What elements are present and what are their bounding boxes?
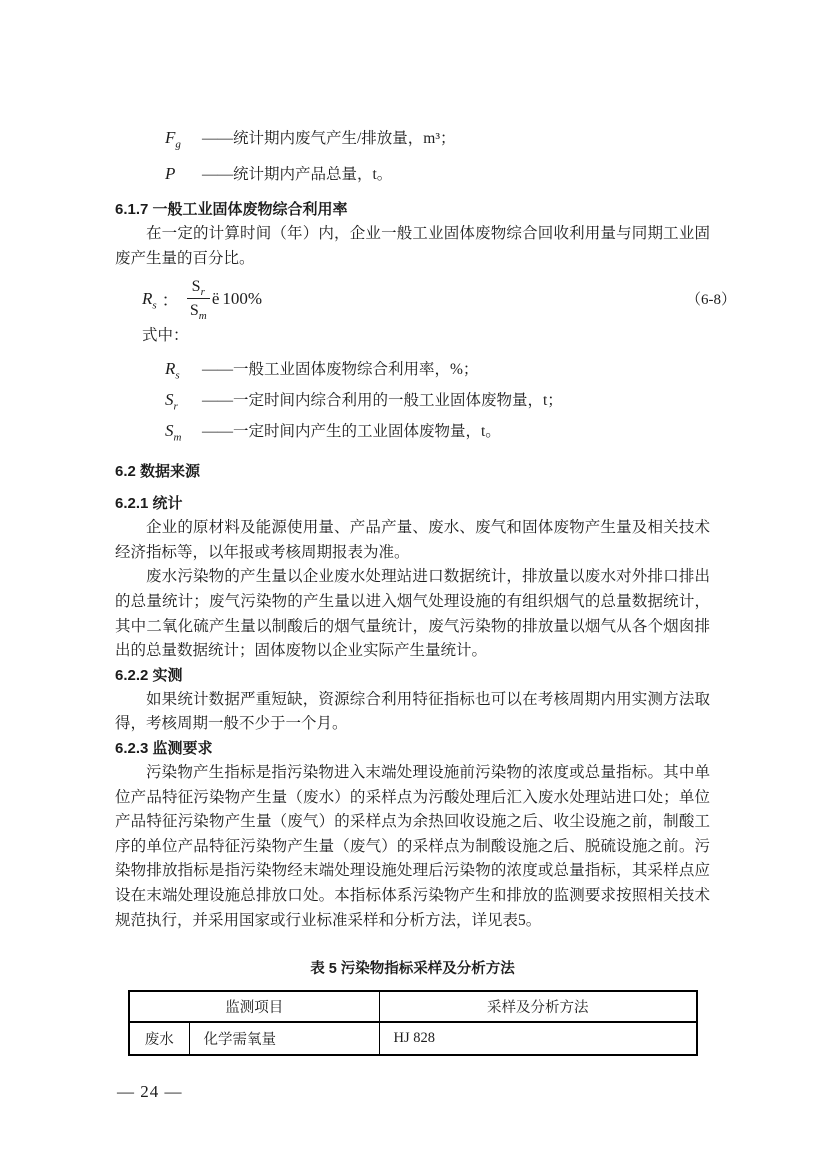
heading-6-2: 6.2 数据来源 [115, 460, 710, 484]
table-5-header-method: 采样及分析方法 [379, 991, 697, 1022]
heading-6-1-7: 6.1.7 一般工业固体废物综合利用率 [115, 198, 710, 222]
variable-definition-list-top: Fg——统计期内废气产生/排放量，m³； P——统计期内产品总量，t。 [115, 126, 710, 187]
variable-desc-p: ——统计期内产品总量，t。 [202, 166, 392, 183]
variable-definition-sr: Sr——一定时间内综合利用的一般工业固体废物量，t； [115, 388, 710, 413]
table-5-header-row: 监测项目 采样及分析方法 [129, 991, 697, 1022]
page-number: — 24 — [115, 1080, 710, 1104]
variable-symbol-rs: Rs [165, 357, 202, 381]
paragraph-6-2-3: 污染物产生指标是指污染物进入末端处理设施前污染物的浓度或总量指标。其中单位产品特… [115, 761, 710, 933]
variable-symbol-p: P [165, 162, 202, 186]
equation-lhs: Rs [142, 289, 157, 309]
equation-fraction: Sr Sm [187, 277, 210, 320]
equation-number: （6-8） [686, 288, 736, 309]
document-page: Fg——统计期内废气产生/排放量，m³； P——统计期内产品总量，t。 6.1.… [0, 0, 826, 1169]
variable-symbol-sm: Sm [165, 419, 202, 443]
variable-definition-rs: Rs——一般工业固体废物综合利用率，%； [115, 357, 710, 382]
variable-definition-list-where: Rs——一般工业固体废物综合利用率，%； Sr——一定时间内综合利用的一般工业固… [115, 357, 710, 444]
table-row: 废水 化学需氧量 HJ 828 [129, 1022, 697, 1055]
table-cell-category: 废水 [129, 1022, 189, 1055]
fraction-denominator: Sm [190, 299, 207, 320]
page-content: Fg——统计期内废气产生/排放量，m³； P——统计期内产品总量，t。 6.1.… [0, 0, 826, 1104]
variable-definition-fg: Fg——统计期内废气产生/排放量，m³； [115, 126, 710, 151]
equation-rhs: 100% [222, 289, 262, 309]
variable-definition-sm: Sm——一定时间内产生的工业固体废物量，t。 [115, 419, 710, 444]
variable-desc-rs: ——一般工业固体废物综合利用率，%； [202, 361, 478, 378]
equation-relation: ： [162, 286, 179, 311]
variable-desc-fg: ——统计期内废气产生/排放量，m³； [202, 130, 456, 147]
heading-6-2-2: 6.2.2 实测 [115, 664, 710, 688]
paragraph-6-2-1-a: 企业的原材料及能源使用量、产品产量、废水、废气和固体废物产生量及相关技术经济指标… [115, 516, 710, 565]
table-5-title: 表 5 污染物指标采样及分析方法 [115, 959, 710, 979]
equation-multiplier: ë [212, 289, 220, 309]
table-cell-item: 化学需氧量 [189, 1022, 379, 1055]
table-5: 监测项目 采样及分析方法 废水 化学需氧量 HJ 828 [128, 990, 698, 1056]
paragraph-6-2-1-b: 废水污染物的产生量以企业废水处理站进口数据统计，排放量以废水对外排口排出的总量统… [115, 565, 710, 663]
table-5-header-monitoring-item: 监测项目 [129, 991, 379, 1022]
variable-desc-sm: ——一定时间内产生的工业固体废物量，t。 [202, 423, 501, 440]
paragraph-6-1-7: 在一定的计算时间（年）内，企业一般工业固体废物综合回收利用量与同期工业固废产生量… [115, 222, 710, 271]
fraction-numerator: Sr [187, 277, 210, 299]
heading-6-2-3: 6.2.3 监测要求 [115, 737, 710, 761]
paragraph-6-2-2: 如果统计数据严重短缺，资源综合利用特征指标也可以在考核周期内用实测方法取得，考核… [115, 688, 710, 737]
table-cell-method: HJ 828 [379, 1022, 697, 1055]
heading-6-2-1: 6.2.1 统计 [115, 492, 710, 516]
variable-definition-p: P——统计期内产品总量，t。 [115, 162, 710, 187]
equation-6-8: Rs ： Sr Sm ë 100% （6-8） [115, 277, 710, 320]
variable-symbol-sr: Sr [165, 388, 202, 412]
variable-symbol-fg: Fg [165, 126, 202, 150]
variable-desc-sr: ——一定时间内综合利用的一般工业固体废物量，t； [202, 392, 563, 409]
where-label: 式中： [115, 324, 710, 348]
